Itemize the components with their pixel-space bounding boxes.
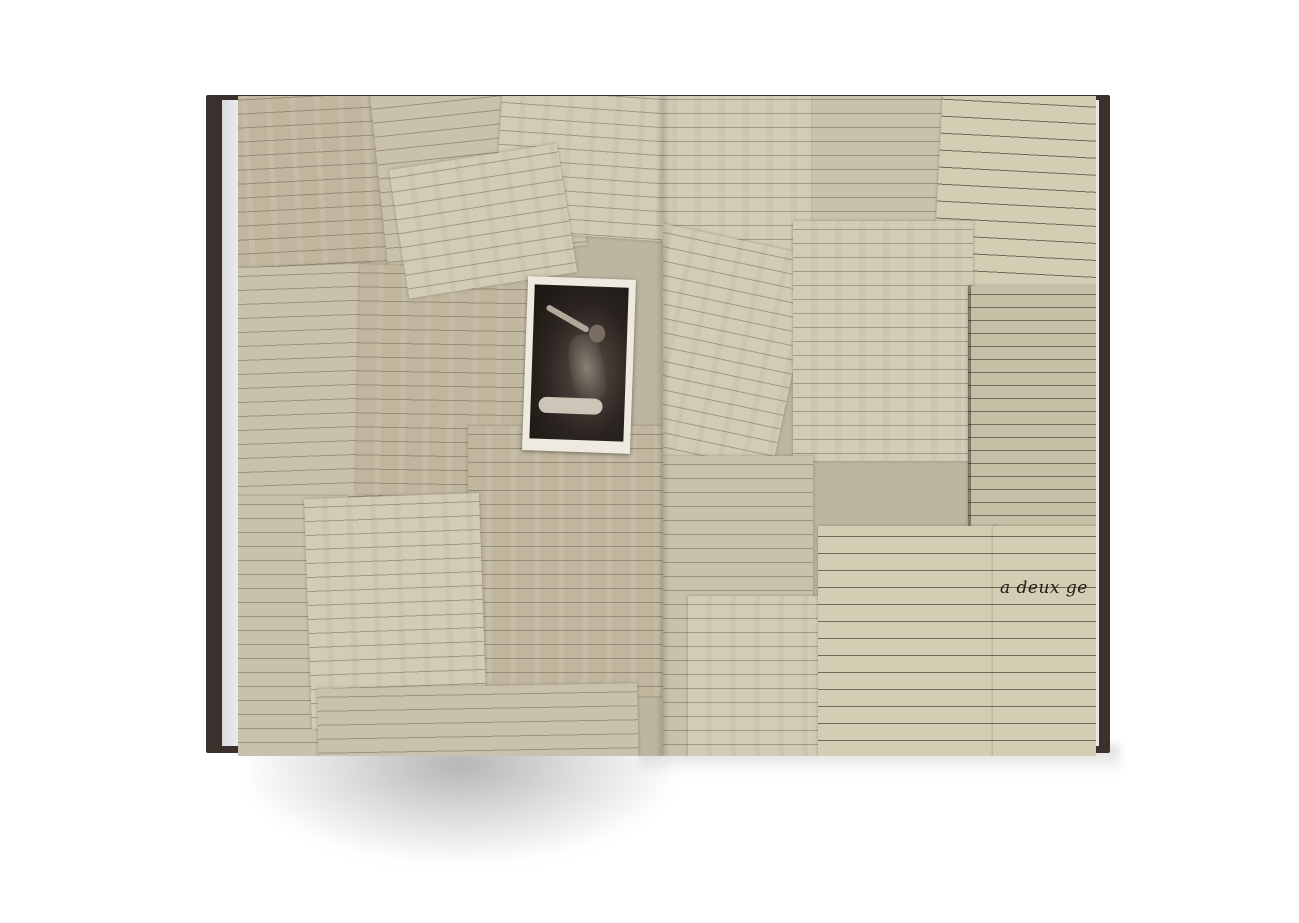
figure-body: [564, 332, 609, 403]
letter: [688, 596, 818, 756]
letter: [793, 221, 973, 461]
letter: [317, 683, 639, 756]
left-page: [238, 96, 663, 756]
handwritten-fragment: a deux ge: [1000, 578, 1088, 598]
vintage-photograph: [522, 276, 636, 454]
figure-head: [589, 324, 606, 343]
photo-image: [529, 284, 628, 441]
letter: [813, 96, 953, 231]
figure-legs: [538, 397, 603, 415]
book-shadow: [250, 740, 670, 860]
book-spread: [238, 96, 1096, 756]
letter: [968, 286, 1096, 526]
letter: [468, 426, 663, 696]
letter: [993, 526, 1096, 756]
page-edges-left: [222, 100, 238, 746]
figure-arm: [545, 304, 590, 333]
right-page: [663, 96, 1096, 756]
letter: [389, 144, 577, 299]
letter: [818, 526, 998, 756]
book-gutter: [656, 96, 670, 756]
